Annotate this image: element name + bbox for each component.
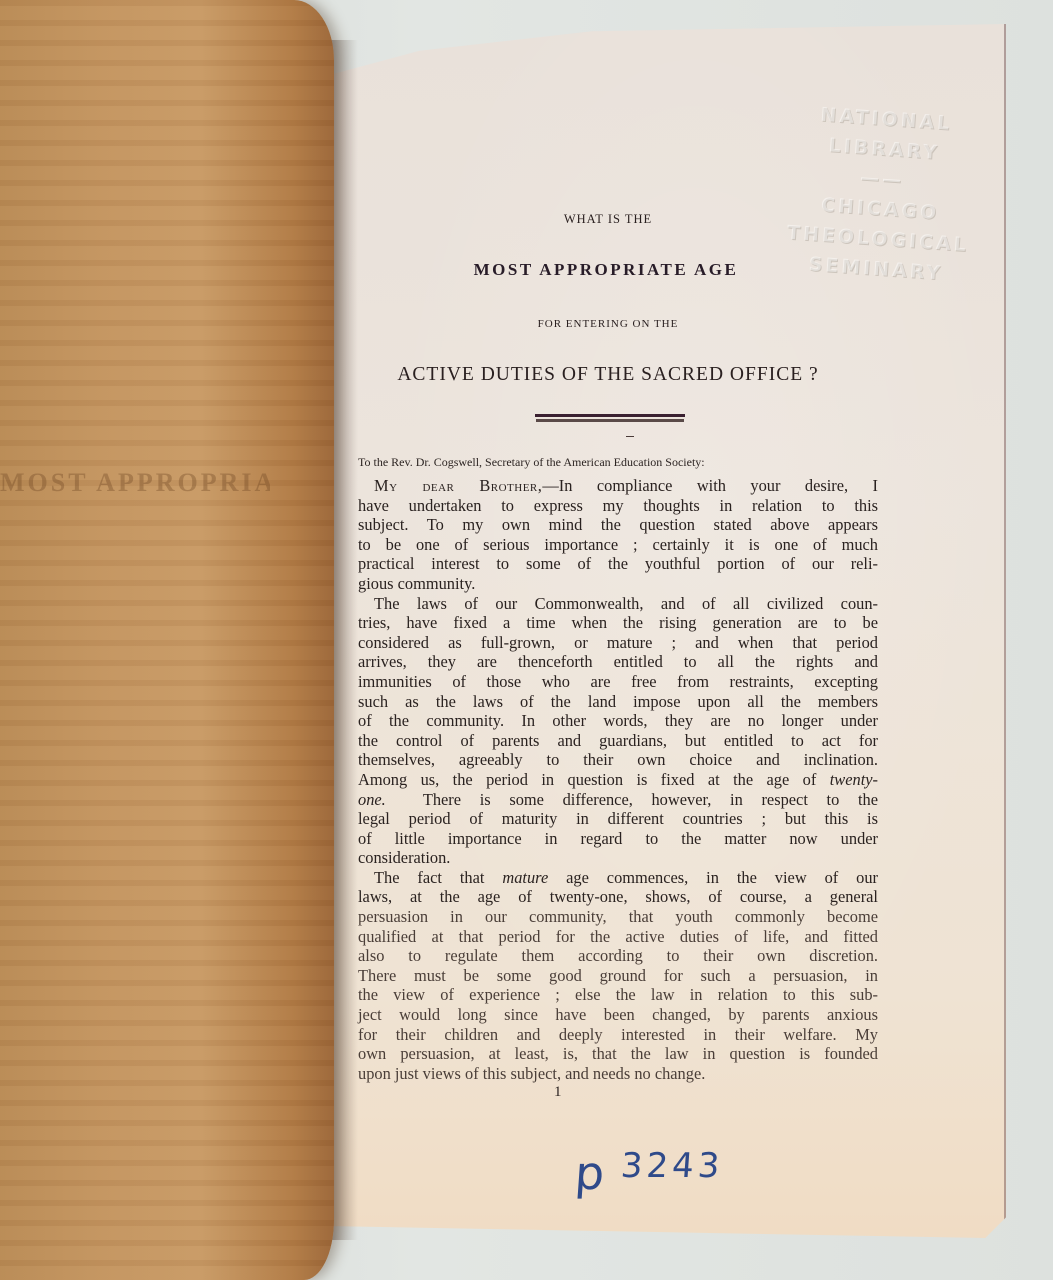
page-number: 1 [554, 1084, 562, 1101]
text-line: the view of experience ; else the law in… [358, 985, 878, 1005]
text-line: My dear Brother,—In compliance with your… [358, 476, 878, 496]
text-line: own persuasion, at least, is, that the l… [358, 1044, 878, 1064]
text-line: such as the laws of the land impose upon… [358, 692, 878, 712]
text-line: for their children and deeply interested… [358, 1025, 878, 1045]
text-line: practical interest to some of the youthf… [358, 554, 878, 574]
text-line: persuasion in our community, that youth … [358, 907, 878, 927]
text-line: immunities of those who are free from re… [358, 672, 878, 692]
italic-word: mature [502, 868, 548, 887]
text-fragment: —In compliance with your desire, I [542, 476, 878, 495]
right-page: NATIONAL LIBRARY —— CHICAGO THEOLOGICAL … [316, 24, 1006, 1238]
text-line: upon just views of this subject, and nee… [358, 1064, 878, 1084]
text-line: themselves, agreeably to their own choic… [358, 750, 878, 770]
handwritten-prefix: p [573, 1146, 610, 1200]
stray-mark [626, 436, 634, 437]
text-line: The fact that mature age commences, in t… [358, 868, 878, 888]
text-line: have undertaken to express my thoughts i… [358, 496, 878, 516]
letter-body: My dear Brother,—In compliance with your… [358, 476, 878, 1083]
text-fragment: age commences, in the view of our [566, 868, 878, 887]
text-line: one. There is some difference, however, … [358, 790, 878, 810]
title-line-2: MOST APPROPRIATE AGE [346, 260, 866, 280]
text-fragment: There is some difference, however, in re… [423, 790, 878, 809]
text-line: the control of parents and guardians, bu… [358, 731, 878, 751]
text-line: There must be some good ground for such … [358, 966, 878, 986]
text-line: Among us, the period in question is fixe… [358, 770, 878, 790]
text-fragment: Among us, the period in question is fixe… [358, 770, 816, 789]
title-line-3: FOR ENTERING ON THE [348, 318, 868, 330]
italic-word: twenty- [830, 770, 878, 789]
text-fragment: The fact that [374, 868, 484, 887]
text-line: laws, at the age of twenty-one, shows, o… [358, 887, 878, 907]
title-line-4: ACTIVE DUTIES OF THE SACRED OFFICE ? [348, 364, 868, 386]
italic-word: one. [358, 790, 386, 809]
handwritten-catalog-number: p3243 [574, 1134, 726, 1188]
handwritten-number: 3243 [619, 1146, 724, 1186]
text-line: considered as full-grown, or mature ; an… [358, 633, 878, 653]
text-line: qualified at that period for the active … [358, 927, 878, 947]
text-line: tries, have fixed a time when the rising… [358, 613, 878, 633]
text-line: of the community. In other words, they a… [358, 711, 878, 731]
text-line: legal period of maturity in different co… [358, 809, 878, 829]
text-line: also to regulate them according to their… [358, 946, 878, 966]
left-facing-page: MOST APPROPRIATE [0, 0, 334, 1280]
page-edge [1004, 24, 1006, 1238]
text-line: The laws of our Commonwealth, and of all… [358, 594, 878, 614]
text-line: ject would long since have been changed,… [358, 1005, 878, 1025]
text-line: to be one of serious importance ; certai… [358, 535, 878, 555]
salutation-small-caps: My dear Brother, [374, 476, 542, 495]
bleed-through-text: MOST APPROPRIATE [0, 468, 270, 498]
text-line: consideration. [358, 848, 878, 868]
text-line: gious community. [358, 574, 878, 594]
title-rule-divider [535, 414, 685, 419]
text-line: arrives, they are thenceforth entitled t… [358, 652, 878, 672]
text-line: subject. To my own mind the question sta… [358, 515, 878, 535]
salutation: To the Rev. Dr. Cogswell, Secretary of t… [358, 455, 878, 470]
title-line-1: WHAT IS THE [348, 212, 868, 227]
text-line: of little importance in regard to the ma… [358, 829, 878, 849]
